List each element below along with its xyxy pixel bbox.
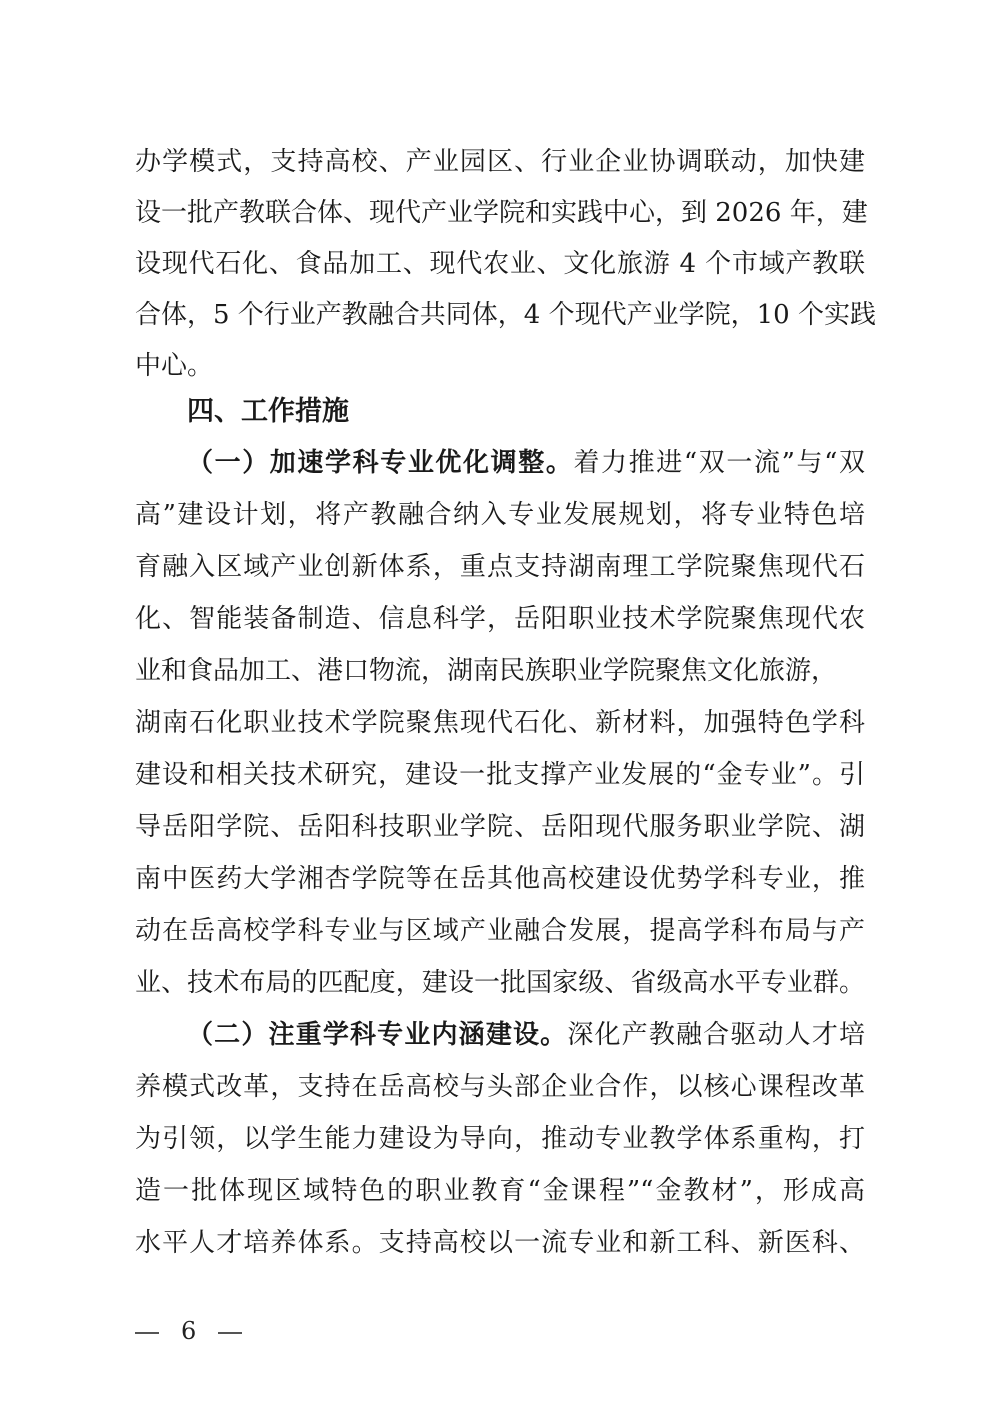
body-text-line: 养模式改革，支持在岳高校与头部企业合作，以核心课程改革: [135, 1070, 865, 1104]
dash-left: [135, 1332, 159, 1334]
body-text-line: 业、技术布局的匹配度，建设一批国家级、省级高水平专业群。: [135, 966, 865, 1000]
body-text-line: 设一批产教联合体、现代产业学院和实践中心，到 2026 年，建: [135, 196, 865, 230]
body-text-line: 水平人才培养体系。支持高校以一流专业和新工科、新医科、: [135, 1226, 865, 1260]
body-text-line: 业和食品加工、港口物流，湖南民族职业学院聚焦文化旅游，: [135, 654, 865, 688]
body-text-line: 建设和相关技术研究，建设一批支撑产业发展的“金专业”。引: [135, 758, 865, 792]
subsection-first-line: （二）注重学科专业内涵建设。深化产教融合驱动人才培: [187, 1018, 865, 1052]
body-text-line: 化、智能装备制造、信息科学，岳阳职业技术学院聚焦现代农: [135, 602, 865, 636]
page-number-value: 6: [181, 1316, 196, 1346]
body-text-line: 合体，5 个行业产教融合共同体，4 个现代产业学院，10 个实践: [135, 298, 865, 332]
subsection-title: （一）加速学科专业优化调整。: [187, 448, 573, 478]
body-text-line: 导岳阳学院、岳阳科技职业学院、岳阳现代服务职业学院、湖: [135, 810, 865, 844]
body-text-line: 为引领，以学生能力建设为导向，推动专业教学体系重构，打: [135, 1122, 865, 1156]
body-text-line: 中心。: [135, 349, 865, 383]
subsection-first-line: （一）加速学科专业优化调整。着力推进“双一流”与“双: [187, 446, 865, 480]
section-heading: 四、工作措施: [187, 395, 349, 429]
subsection-title: （二）注重学科专业内涵建设。: [187, 1020, 567, 1050]
body-text: 着力推进“双一流”与“双: [573, 448, 865, 478]
document-page: 办学模式，支持高校、产业园区、行业企业协调联动，加快建 设一批产教联合体、现代产…: [0, 0, 1000, 1414]
body-text-line: 设现代石化、食品加工、现代农业、文化旅游 4 个市域产教联: [135, 247, 865, 281]
dash-right: [218, 1332, 242, 1334]
body-text-line: 高”建设计划，将产教融合纳入专业发展规划，将专业特色培: [135, 498, 865, 532]
body-text: 深化产教融合驱动人才培: [567, 1020, 865, 1050]
body-text-line: 育融入区域产业创新体系，重点支持湖南理工学院聚焦现代石: [135, 550, 865, 584]
body-text-line: 湖南石化职业技术学院聚焦现代石化、新材料，加强特色学科: [135, 706, 865, 740]
body-text-line: 造一批体现区域特色的职业教育“金课程”“金教材”，形成高: [135, 1174, 865, 1208]
page-number: 6: [135, 1316, 242, 1346]
body-text-line: 动在岳高校学科专业与区域产业融合发展，提高学科布局与产: [135, 914, 865, 948]
body-text-line: 办学模式，支持高校、产业园区、行业企业协调联动，加快建: [135, 145, 865, 179]
body-text-line: 南中医药大学湘杏学院等在岳其他高校建设优势学科专业，推: [135, 862, 865, 896]
